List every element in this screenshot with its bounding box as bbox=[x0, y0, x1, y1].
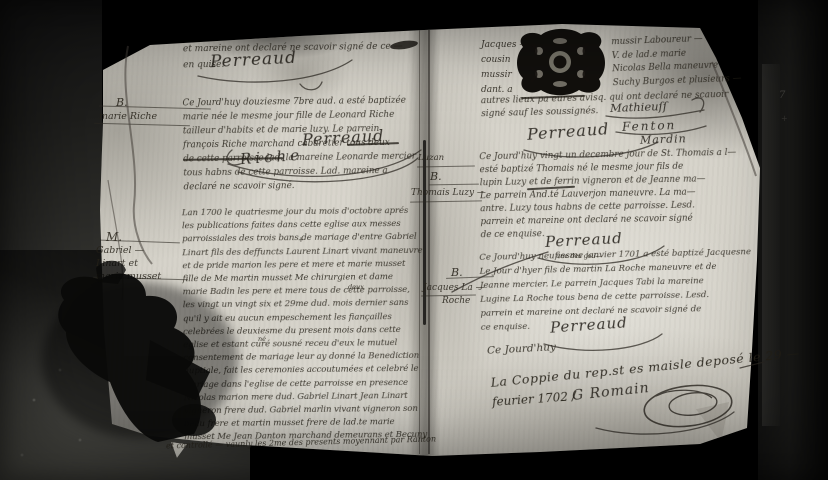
margin-mark-bapteme-thomas: B. bbox=[430, 170, 442, 183]
margin-name-marie-riche: marie Riche bbox=[99, 111, 157, 122]
interline-caret: + bbox=[298, 236, 304, 244]
margin-name-roche: Roche bbox=[442, 296, 470, 306]
interline-insertion: deux bbox=[348, 283, 364, 291]
margin-names-linart-musset: Gabriel —Linart etmarie musset bbox=[96, 244, 161, 283]
edge-mark-plus: + bbox=[781, 114, 788, 123]
entry-top-beside-stamp: mussir Laboureur —V. de lad.e marieNicol… bbox=[611, 32, 742, 90]
edge-mark-7: 7 bbox=[779, 90, 785, 101]
page-edge-highlight bbox=[762, 64, 780, 426]
signature-fenton: Fenton bbox=[622, 118, 677, 134]
margin-name-thomas-luzy: Thomais Luzy — bbox=[411, 188, 486, 198]
signature-mardin: Mardin bbox=[640, 132, 687, 147]
signature-mathieu: Mathieuſſ bbox=[610, 99, 668, 115]
margin-notes-right-top: Jacques —cousinmussirdant. a bbox=[481, 38, 528, 98]
margin-note-luzan: Luzan bbox=[418, 153, 444, 163]
microfilm-frame: et mareine ont declaré ne scavoir signé … bbox=[0, 0, 828, 480]
gutter-rule-line-2 bbox=[428, 30, 430, 454]
margin-mark-bapteme-jacques: B. bbox=[451, 266, 463, 279]
interline-insertion: né bbox=[258, 335, 266, 343]
entry-mariage-linart: Lan 1700 le quatriesme jour du mois d'oc… bbox=[182, 205, 428, 445]
margin-mark-bapteme: B. bbox=[116, 96, 128, 109]
folded-page-corner bbox=[693, 402, 729, 442]
margin-mark-mariage: M. bbox=[106, 230, 122, 244]
margin-name-jacques-la: Jacques La — bbox=[423, 283, 485, 293]
entry-bapteme-thomas: Ce Jourd'huy vingt un decembre jour de S… bbox=[479, 147, 737, 242]
